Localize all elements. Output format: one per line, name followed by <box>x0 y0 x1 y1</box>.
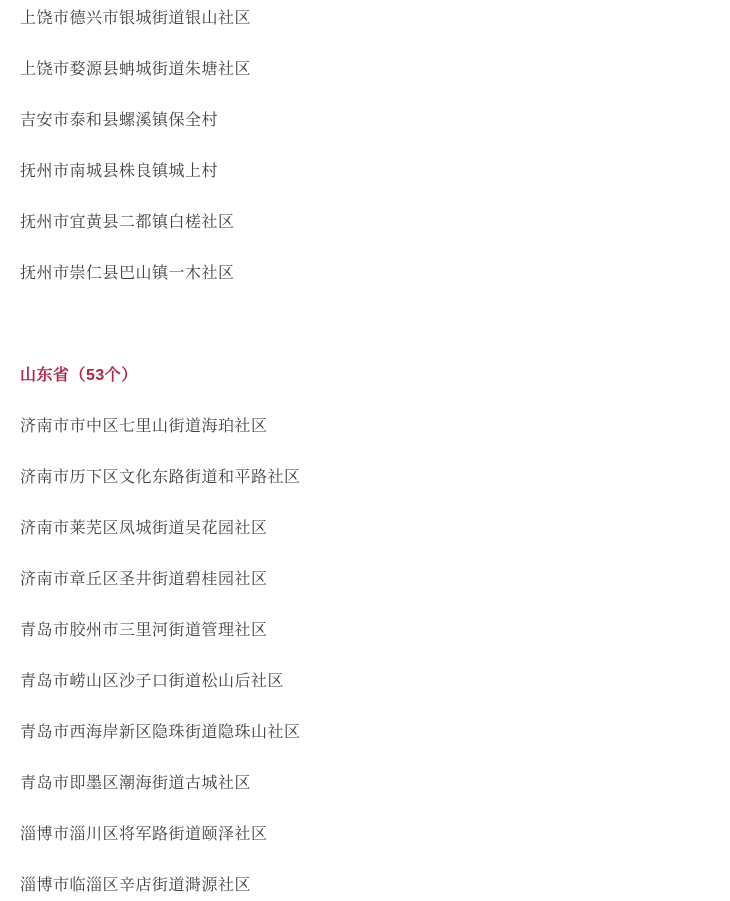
list-item: 济南市莱芜区凤城街道吴花园社区 <box>20 518 710 540</box>
section-gap <box>20 314 710 365</box>
list-item: 吉安市泰和县螺溪镇保全村 <box>20 110 710 132</box>
document-body: 上饶市德兴市银城街道银山社区 上饶市婺源县蚺城街道朱塘社区 吉安市泰和县螺溪镇保… <box>0 0 730 897</box>
list-item: 青岛市胶州市三里河街道管理社区 <box>20 620 710 642</box>
list-item: 淄博市临淄区辛店街道溡源社区 <box>20 875 710 897</box>
list-item: 济南市章丘区圣井街道碧桂园社区 <box>20 569 710 591</box>
list-item: 抚州市崇仁县巴山镇一木社区 <box>20 263 710 285</box>
list-item: 抚州市宜黄县二都镇白槎社区 <box>20 212 710 234</box>
list-item: 青岛市西海岸新区隐珠街道隐珠山社区 <box>20 722 710 744</box>
list-item: 济南市市中区七里山街道海珀社区 <box>20 416 710 438</box>
list-item: 上饶市德兴市银城街道银山社区 <box>20 8 710 30</box>
list-item: 上饶市婺源县蚺城街道朱塘社区 <box>20 59 710 81</box>
section-header-shandong: 山东省（53个） <box>20 365 710 387</box>
list-item: 淄博市淄川区将军路街道颐泽社区 <box>20 824 710 846</box>
list-item: 抚州市南城县株良镇城上村 <box>20 161 710 183</box>
list-item: 济南市历下区文化东路街道和平路社区 <box>20 467 710 489</box>
list-item: 青岛市即墨区潮海街道古城社区 <box>20 773 710 795</box>
list-item: 青岛市崂山区沙子口街道松山后社区 <box>20 671 710 693</box>
